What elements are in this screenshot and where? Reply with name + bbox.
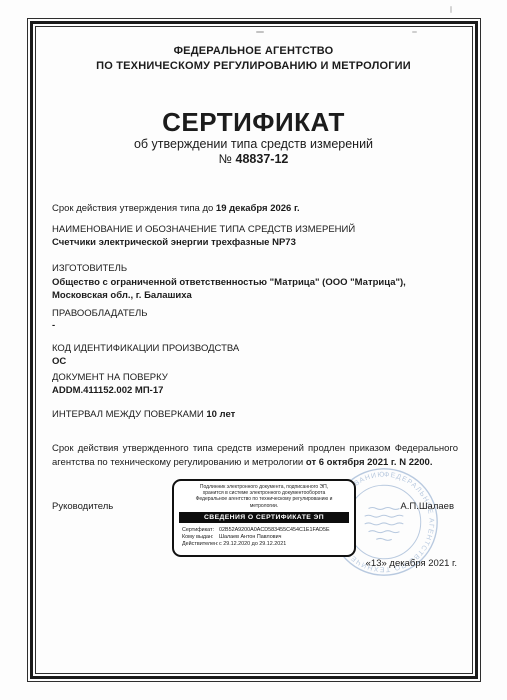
scan-speck bbox=[256, 31, 264, 33]
signature-date: «13» декабря 2021 г. bbox=[366, 558, 457, 569]
esign-bar-title: СВЕДЕНИЯ О СЕРТИФИКАТЕ ЭП bbox=[179, 512, 349, 523]
interval-value: 10 лет bbox=[206, 409, 235, 420]
esign-cert-row: Сертификат:02B52A9200A0ACD583455C454C1E1… bbox=[182, 527, 354, 534]
field-verifdoc-value: ADDM.411152.002 МП-17 bbox=[52, 385, 458, 397]
certificate-subtitle: об утверждении типа средств измерений bbox=[37, 137, 470, 151]
esign-details: Сертификат:02B52A9200A0ACD583455C454C1E1… bbox=[182, 527, 354, 548]
signer-role: Руководитель bbox=[52, 501, 113, 512]
certificate-number-line: № 48837-12 bbox=[37, 152, 470, 166]
agency-name-line2: ПО ТЕХНИЧЕСКОМУ РЕГУЛИРОВАНИЮ И МЕТРОЛОГ… bbox=[37, 59, 470, 74]
interval-label: ИНТЕРВАЛ МЕЖДУ ПОВЕРКАМИ bbox=[52, 409, 204, 420]
number-prefix: № bbox=[219, 152, 232, 166]
esign-issued-value: Шалаев Антон Павлович bbox=[219, 534, 281, 540]
field-prodcode-label: КОД ИДЕНТИФИКАЦИИ ПРОИЗВОДСТВА bbox=[52, 343, 458, 355]
certificate-page: ФЕДЕРАЛЬНОЕ АГЕНТСТВО ПО ТЕХНИЧЕСКОМУ РЕ… bbox=[0, 0, 507, 700]
esign-header: Подлинник электронного документа, подпис… bbox=[174, 484, 354, 509]
esign-valid-label: Действителен: bbox=[182, 541, 219, 548]
esign-stamp-box: Подлинник электронного документа, подпис… bbox=[172, 479, 356, 557]
esign-cert-label: Сертификат: bbox=[182, 527, 219, 534]
esign-issued-row: Кому выдан:Шалаев Антон Павлович bbox=[182, 534, 354, 541]
certificate-number: 48837-12 bbox=[236, 152, 289, 166]
certificate-title: СЕРТИФИКАТ bbox=[37, 107, 470, 138]
field-verifdoc-label: ДОКУМЕНТ НА ПОВЕРКУ bbox=[52, 372, 458, 384]
scan-speck bbox=[412, 31, 417, 33]
field-name-label: НАИМЕНОВАНИЕ И ОБОЗНАЧЕНИЕ ТИПА СРЕДСТВ … bbox=[52, 224, 458, 236]
esign-valid-value: с 29.12.2020 до 29.12.2021 bbox=[219, 541, 286, 547]
scan-speck bbox=[450, 6, 452, 13]
esign-issued-label: Кому выдан: bbox=[182, 534, 219, 541]
field-name-value: Счетчики электрической энергии трехфазны… bbox=[52, 237, 458, 249]
signer-name: А.П.Шалаев bbox=[400, 501, 454, 512]
field-manufacturer-value: Общество с ограниченной ответственностью… bbox=[52, 276, 458, 302]
esign-header-line: метрологии. bbox=[174, 503, 354, 509]
field-manufacturer-label: ИЗГОТОВИТЕЛЬ bbox=[52, 263, 458, 275]
esign-cert-value: 02B52A9200A0ACD583455C454C1E1FAD5E bbox=[219, 527, 330, 533]
agency-header: ФЕДЕРАЛЬНОЕ АГЕНТСТВО ПО ТЕХНИЧЕСКОМУ РЕ… bbox=[37, 44, 470, 74]
seal-center-lines bbox=[365, 508, 404, 541]
agency-name-line1: ФЕДЕРАЛЬНОЕ АГЕНТСТВО bbox=[37, 44, 470, 59]
field-rightsholder-value: - bbox=[52, 320, 458, 332]
validity-label: Срок действия утверждения типа до bbox=[52, 203, 213, 214]
field-prodcode-value: ОС bbox=[52, 356, 458, 368]
esign-valid-row: Действителен:с 29.12.2020 до 29.12.2021 bbox=[182, 541, 354, 548]
validity-line: Срок действия утверждения типа до 19 дек… bbox=[52, 203, 458, 215]
field-rightsholder-label: ПРАВООБЛАДАТЕЛЬ bbox=[52, 308, 458, 320]
validity-value: 19 декабря 2026 г. bbox=[216, 203, 300, 214]
esign-header-line: Федеральное агентство по техническому ре… bbox=[174, 496, 354, 502]
interval-line: ИНТЕРВАЛ МЕЖДУ ПОВЕРКАМИ 10 лет bbox=[52, 409, 458, 421]
